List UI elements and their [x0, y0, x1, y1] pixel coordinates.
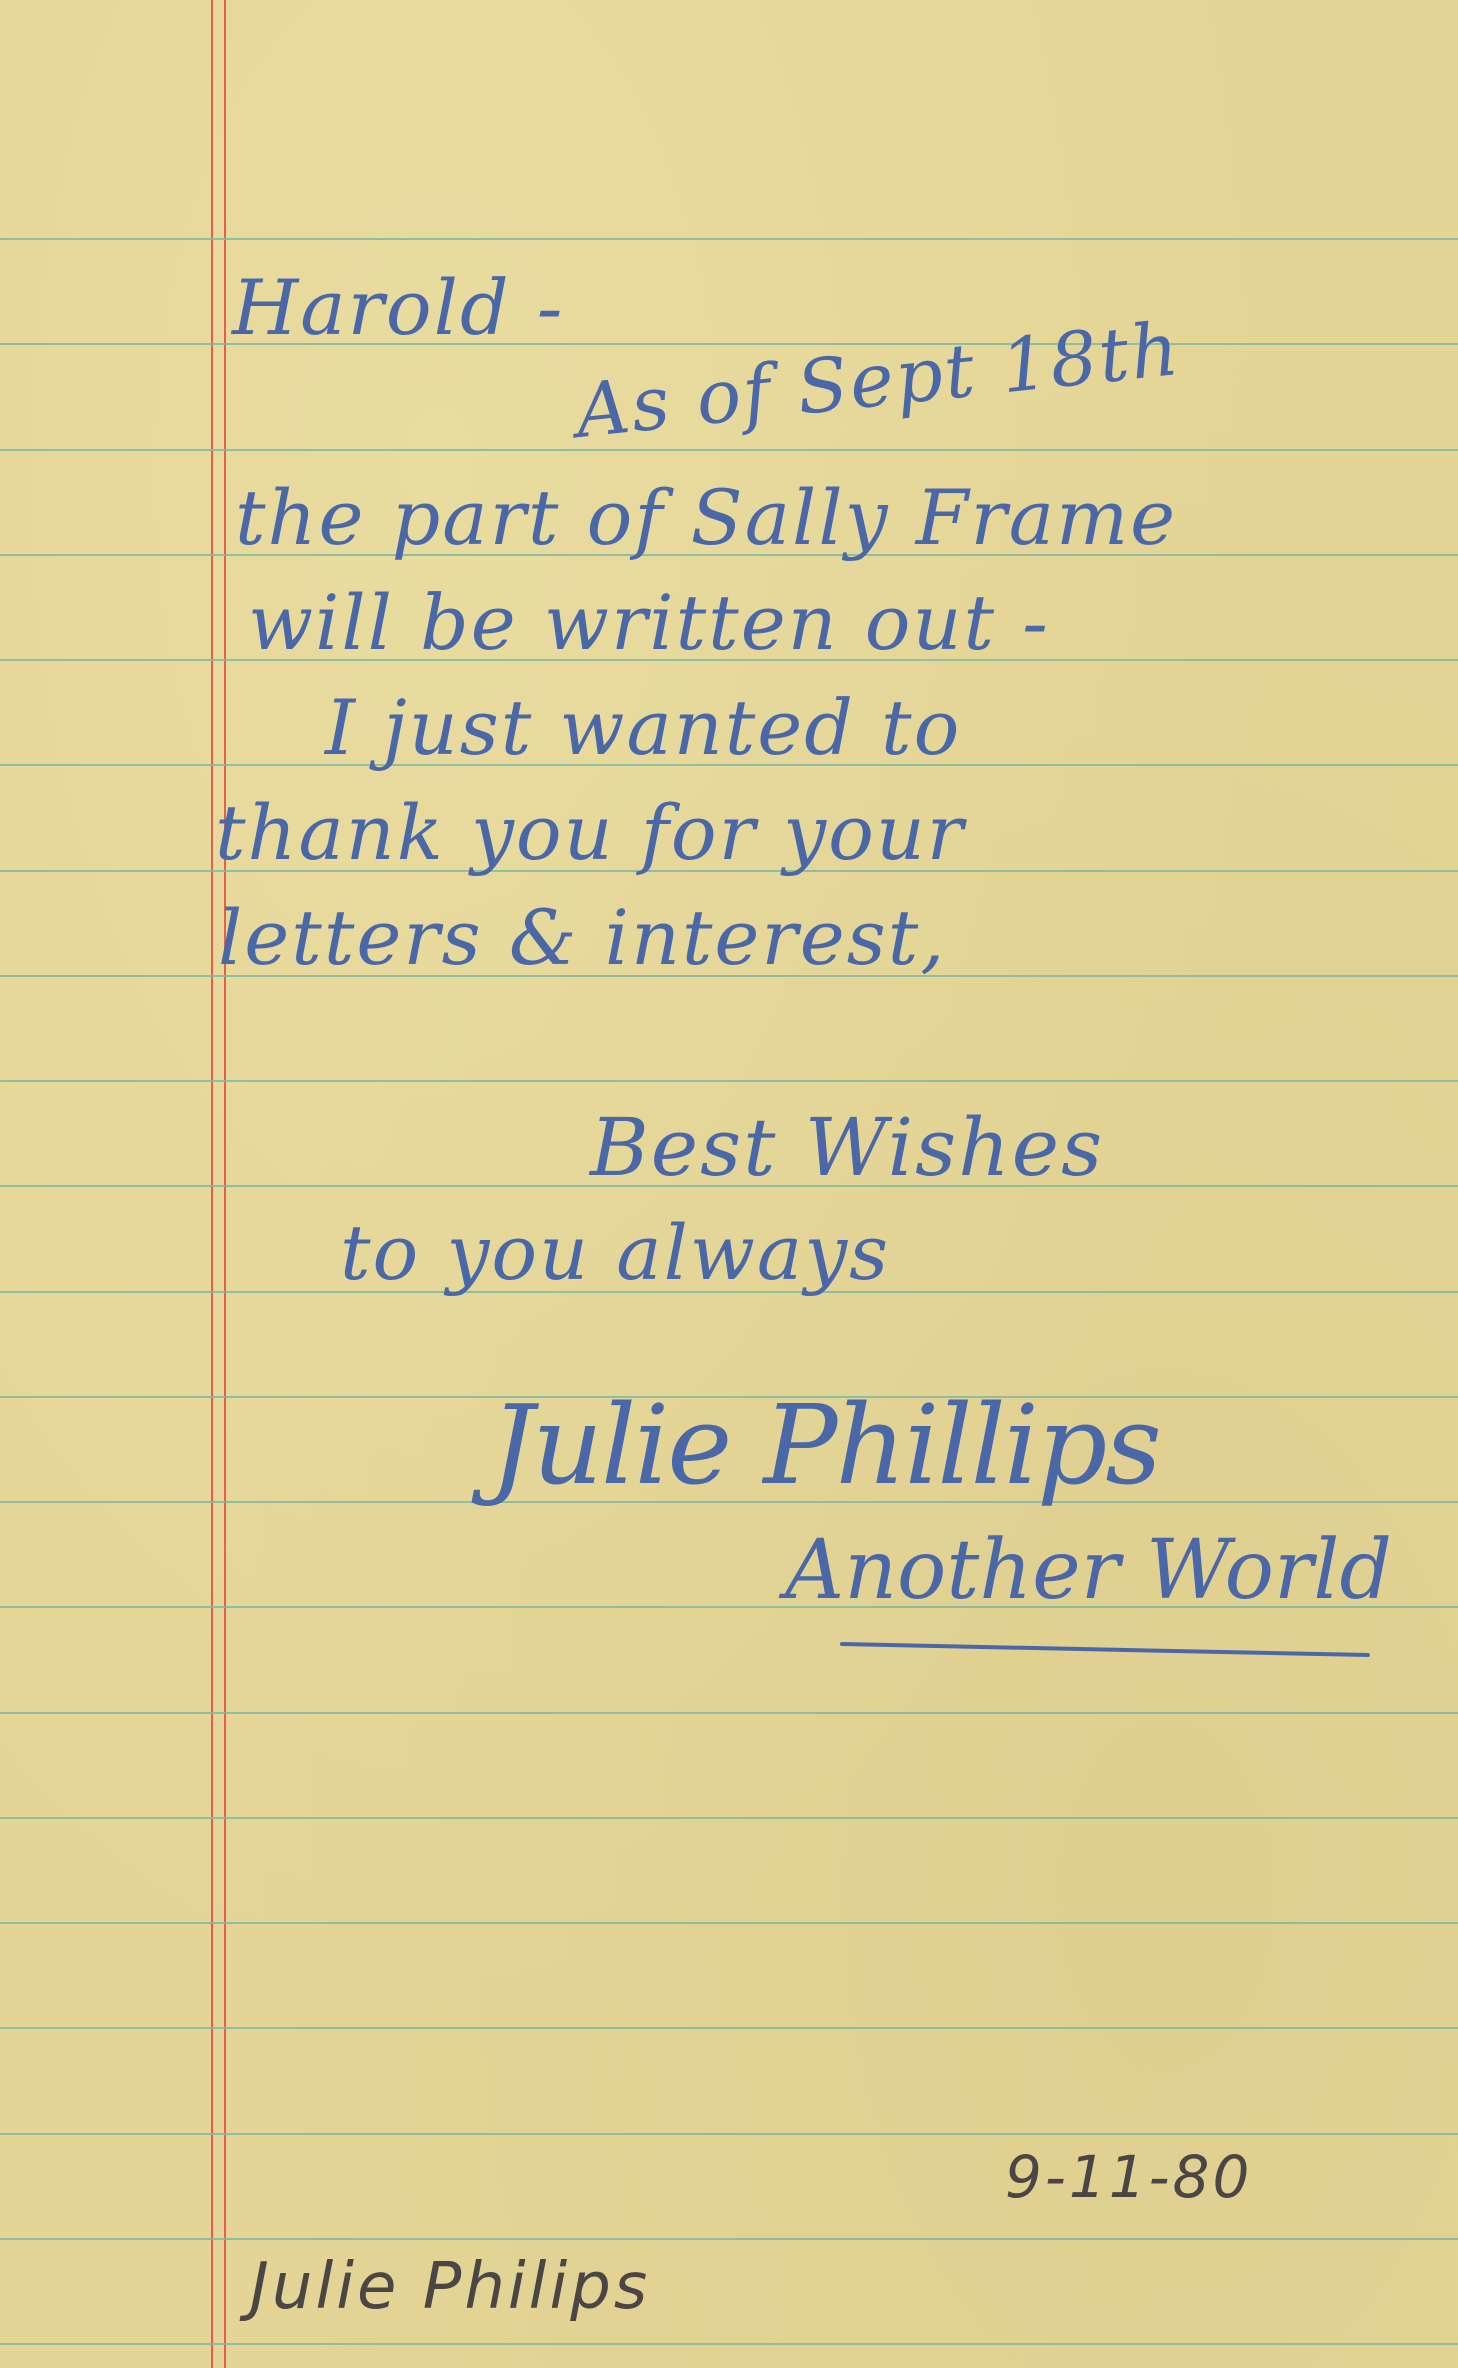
ruled-line	[0, 2027, 1458, 2029]
body-line-1: As of Sept 18th	[572, 312, 1183, 449]
ruled-line	[0, 2133, 1458, 2135]
body-line-3: will be written out -	[248, 585, 1050, 661]
margin-line-inner	[224, 0, 226, 2368]
ruled-line	[0, 1817, 1458, 1819]
pencil-name: Julie Philips	[250, 2255, 650, 2319]
body-line-2: the part of Sally Frame	[235, 480, 1177, 556]
ruled-line	[0, 2343, 1458, 2345]
margin-line-outer	[211, 0, 213, 2368]
body-line-6: letters & interest,	[218, 900, 946, 976]
closing-line-1: Best Wishes	[590, 1108, 1104, 1188]
signature: Julie Phillips	[490, 1390, 1160, 1500]
legal-pad-page: Harold - As of Sept 18th the part of Sal…	[0, 0, 1458, 2368]
ruled-line	[0, 1080, 1458, 1082]
ruled-line	[0, 343, 1458, 345]
ruled-line	[0, 449, 1458, 451]
ruled-line	[0, 2238, 1458, 2240]
ruled-line	[0, 1712, 1458, 1714]
ruled-line	[0, 238, 1458, 240]
body-line-5: thank you for your	[215, 795, 965, 871]
ruled-line	[0, 1922, 1458, 1924]
closing-line-2: to you always	[340, 1215, 890, 1291]
pencil-date: 9-11-80	[1005, 2148, 1252, 2206]
show-name: Another World	[785, 1530, 1392, 1612]
salutation: Harold -	[232, 270, 564, 346]
show-name-underline	[840, 1642, 1370, 1657]
body-line-4: I just wanted to	[325, 690, 961, 766]
